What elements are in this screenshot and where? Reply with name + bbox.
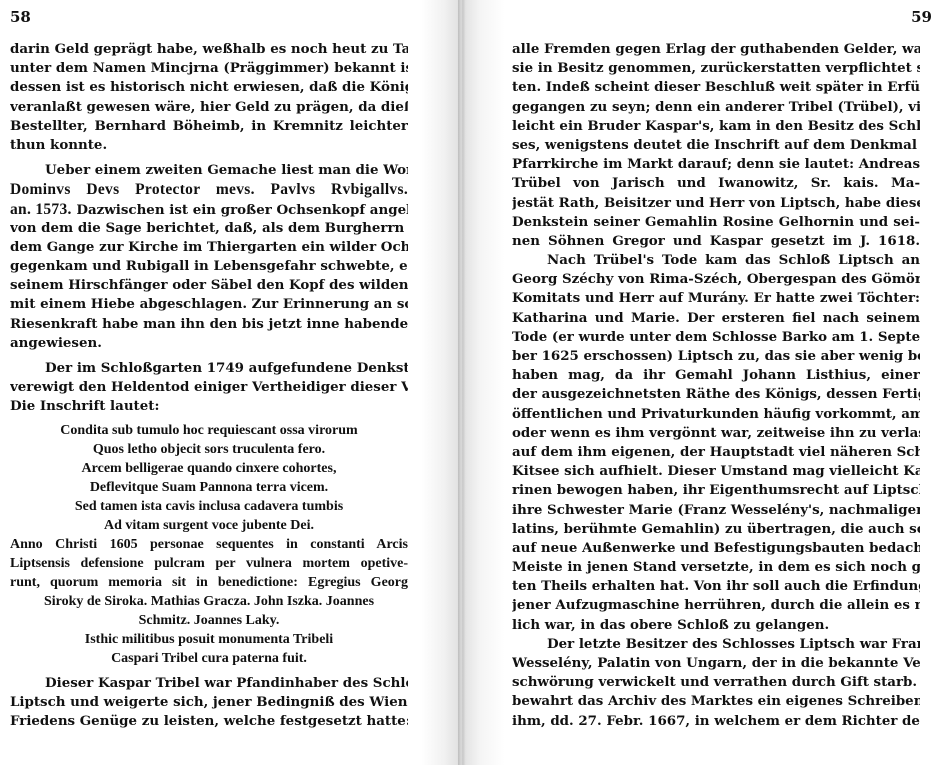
text-line: mit einem Hiebe abgeschlagen. Zur Erinne…: [10, 295, 408, 314]
text-line: verewigt den Heldentod einiger Vertheidi…: [10, 378, 408, 397]
text-line: gegenkam und Rubigall in Lebensgefahr sc…: [10, 257, 408, 276]
left-page: 58 darin Geld geprägt habe, weßhalb es n…: [0, 0, 458, 765]
text-line: Katharina und Marie. Der ersteren fiel n…: [512, 309, 920, 328]
text-line: gegangen zu seyn; denn ein anderer Tribe…: [512, 98, 920, 117]
text-line: seinem Hirschfänger oder Säbel den Kopf …: [10, 276, 408, 295]
right-page: 59 alle Fremden gegen Erlag der guthaben…: [466, 0, 949, 765]
latin-inscription-date: an. 1573.: [10, 201, 72, 218]
page-number-left: 58: [10, 8, 31, 26]
text-line: ten. Indeß scheint dieser Beschluß weit …: [512, 78, 920, 97]
text-line: Komitats und Herr auf Murány. Er hatte z…: [512, 289, 920, 308]
text-line: darin Geld geprägt habe, weßhalb es noch…: [10, 40, 408, 59]
inscription-line: Caspari Tribel cura paterna fuit.: [10, 649, 408, 668]
text-line: Die Inschrift lautet:: [10, 397, 408, 416]
inscription-line: Quos letho objecit sors truculenta fero.: [10, 440, 408, 459]
text-line: thun konnte.: [10, 136, 408, 155]
text-line: ten Theils erhalten hat. Von ihr soll au…: [512, 577, 920, 596]
text-line: auf dem ihm eigenen, der Hauptstadt viel…: [512, 443, 920, 462]
text-line: rinen bewogen haben, ihr Eigenthumsrecht…: [512, 481, 920, 500]
text-line: Der im Schloßgarten 1749 aufgefundene De…: [10, 359, 408, 378]
inscription-line: Anno Christi 1605 personae sequentes in …: [10, 535, 408, 554]
text-line: von dem die Sage berichtet, daß, als dem…: [10, 219, 408, 238]
text-line: ses, wenigstens deutet die Inschrift auf…: [512, 136, 920, 155]
text-line: Georg Széchy von Rima-Széch, Obergespan …: [512, 270, 920, 289]
book-spread: 58 darin Geld geprägt habe, weßhalb es n…: [0, 0, 949, 765]
inscription-line: Ad vitam surgent voce jubente Dei.: [10, 516, 408, 535]
text-line: nen Söhnen Gregor und Kaspar gesetzt im …: [512, 232, 920, 251]
text-line: latins, berühmte Gemahlin) zu übertragen…: [512, 520, 920, 539]
text-line: jestät Rath, Beisitzer und Herr von Lipt…: [512, 194, 920, 213]
text-line: alle Fremden gegen Erlag der guthabenden…: [512, 40, 920, 59]
text-line: Trübel von Jarisch und Iwanowitz, Sr. ka…: [512, 174, 920, 193]
inscription-line: Liptsensis defensione pulcram per vulner…: [10, 554, 408, 573]
text-line: ihm, dd. 27. Febr. 1667, in welchem er d…: [512, 712, 920, 731]
text-line: Kitsee sich aufhielt. Dieser Umstand mag…: [512, 462, 920, 481]
text-line: Nach Trübel's Tode kam das Schloß Liptsc…: [512, 251, 920, 270]
text-line: Wesselény, Palatin von Ungarn, der in di…: [512, 654, 920, 673]
inscription-line: Schmitz. Joannes Laky.: [10, 611, 408, 630]
text-line: Riesenkraft habe man ihn den bis jetzt i…: [10, 315, 408, 334]
text-line: Friedens Genüge zu leisten, welche festg…: [10, 712, 408, 731]
text-line: an. 1573. Dazwischen ist ein großer Ochs…: [10, 200, 408, 219]
right-page-text: alle Fremden gegen Erlag der guthabenden…: [512, 40, 920, 731]
text-line: dessen ist es historisch nicht erwiesen,…: [10, 78, 408, 97]
text-line: leicht ein Bruder Kaspar's, kam in den B…: [512, 117, 920, 136]
text-line: ihre Schwester Marie (Franz Wesselény's,…: [512, 501, 920, 520]
text-line: Meiste in jenen Stand versetzte, in dem …: [512, 558, 920, 577]
text-line: veranlaßt gewesen wäre, hier Geld zu prä…: [10, 98, 408, 117]
text-line: sie in Besitz genommen, zurückerstatten …: [512, 59, 920, 78]
text-line: ber 1625 erschossen) Liptsch zu, das sie…: [512, 347, 920, 366]
text-line: unter dem Namen Mincjrna (Präggimmer) be…: [10, 59, 408, 78]
text-line: schwörung verwickelt und verrathen durch…: [512, 673, 920, 692]
text-line: bewahrt das Archiv des Marktes ein eigen…: [512, 692, 920, 711]
inscription-line: Deflevitque Suam Pannona terra vicem.: [10, 478, 408, 497]
inscription-line: Arcem belligerae quando cinxere cohortes…: [10, 459, 408, 478]
text-line: dem Gange zur Kirche im Thiergarten ein …: [10, 238, 408, 257]
text-line: lich war, in das obere Schloß zu gelange…: [512, 616, 920, 635]
book-gutter: [458, 0, 466, 765]
text-line: Dieser Kaspar Tribel war Pfandinhaber de…: [10, 674, 408, 693]
inscription-line: Siroky de Siroka. Mathias Gracza. John I…: [10, 592, 408, 611]
text-line: Ueber einem zweiten Gemache liest man di…: [10, 161, 408, 180]
inscription-line: Sed tamen ista cavis inclusa cadavera tu…: [10, 497, 408, 516]
text-line: Der letzte Besitzer des Schlosses Liptsc…: [512, 635, 920, 654]
text-line: oder wenn es ihm vergönnt war, zeitweise…: [512, 424, 920, 443]
left-page-text: darin Geld geprägt habe, weßhalb es noch…: [10, 40, 408, 731]
text-line: auf neue Außenwerke und Befestigungsbaut…: [512, 539, 920, 558]
inscription-line: runt, quorum memoria sit in benedictione…: [10, 573, 408, 592]
inscription-line: Isthic militibus posuit monumenta Tribel…: [10, 630, 408, 649]
text-line: Denkstein seiner Gemahlin Rosine Gelhorn…: [512, 213, 920, 232]
text-line: haben mag, da ihr Gemahl Johann Listhius…: [512, 366, 920, 385]
text-line: öffentlichen und Privaturkunden häufig v…: [512, 405, 920, 424]
text-line: angewiesen.: [10, 334, 408, 353]
text-line: der ausgezeichnetsten Räthe des Königs, …: [512, 385, 920, 404]
inscription-line: Condita sub tumulo hoc requiescant ossa …: [10, 421, 408, 440]
text-line: Liptsch und weigerte sich, jener Bedingn…: [10, 693, 408, 712]
text-line: Tode (er wurde unter dem Schlosse Barko …: [512, 328, 920, 347]
page-number-right: 59: [911, 8, 932, 26]
text-line: Bestellter, Bernhard Böheimb, in Kremnit…: [10, 117, 408, 136]
text-line: jener Aufzugmaschine herrühren, durch di…: [512, 596, 920, 615]
text-line: Pfarrkirche im Markt darauf; denn sie la…: [512, 155, 920, 174]
latin-inscription-line: Dominvs Devs Protector mevs. Pavlvs Rvbi…: [10, 180, 408, 199]
